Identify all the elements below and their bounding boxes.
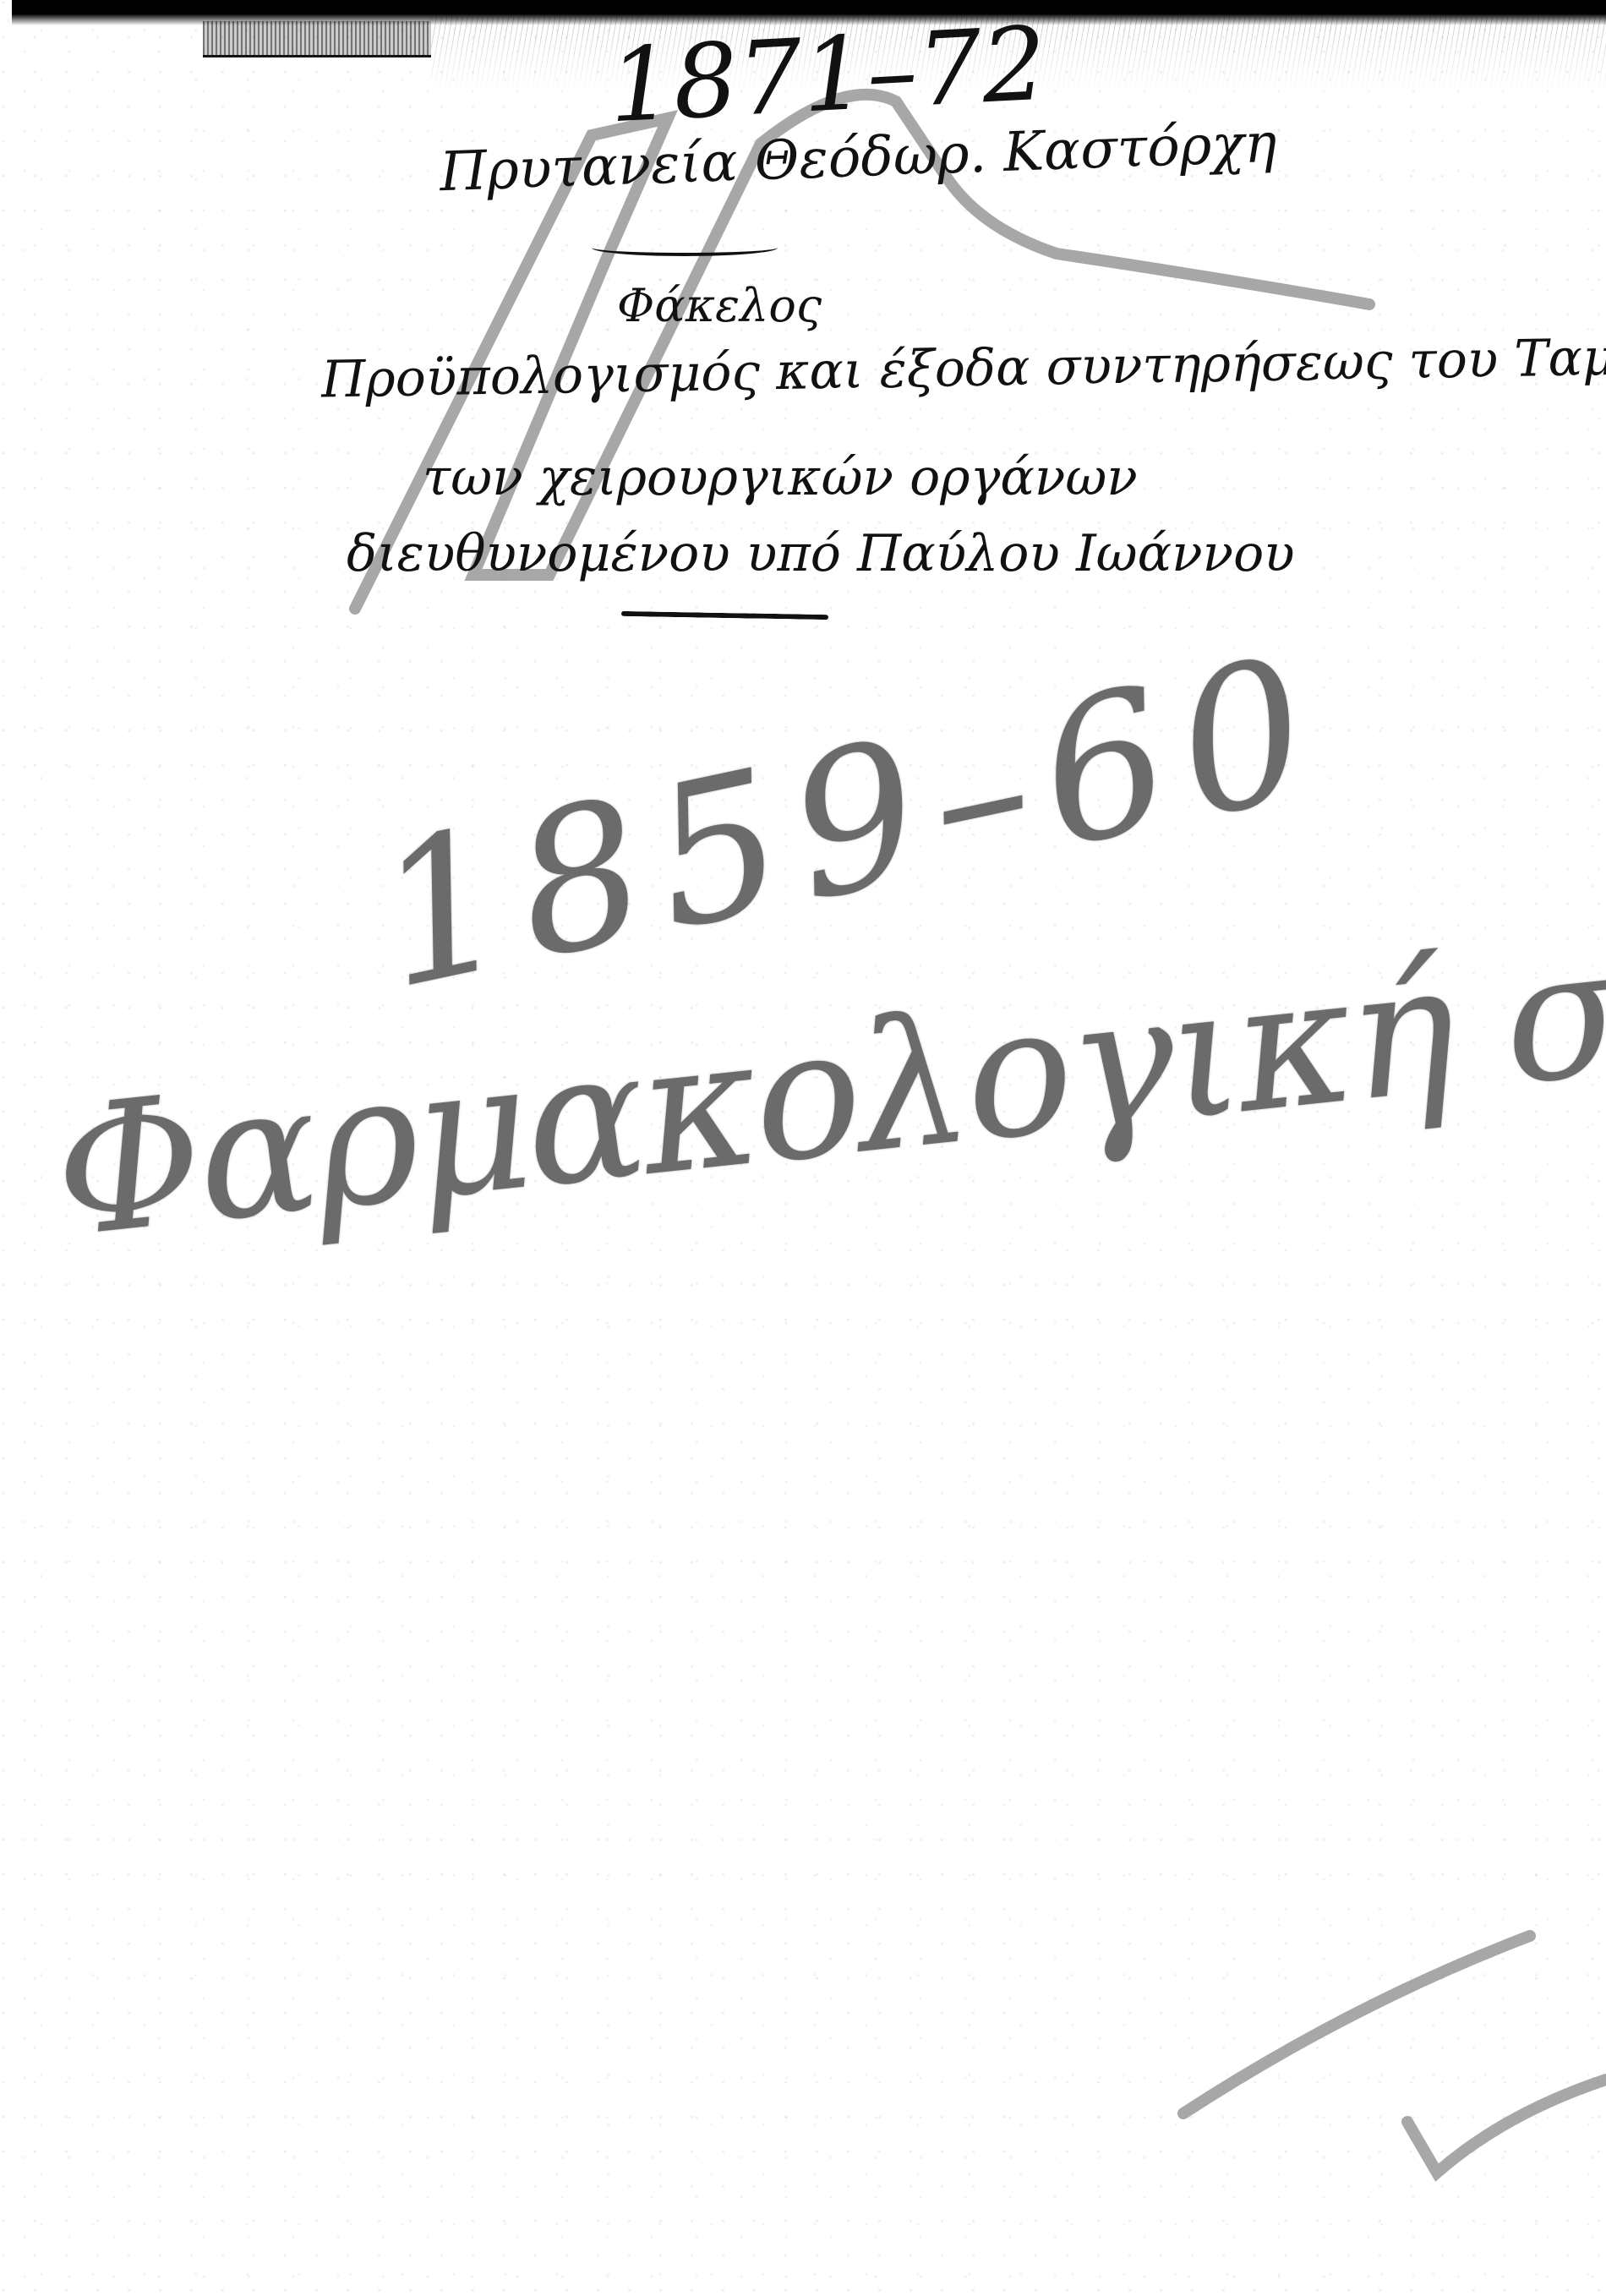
pencil-underline-stroke <box>1183 1936 1530 2113</box>
director-line: διευθυνομένου υπό Παύλου Ιωάννου <box>347 524 1295 583</box>
flourish-divider <box>592 239 778 256</box>
folder-label: Φάκελος <box>617 279 822 332</box>
checkmark-icon <box>1407 2080 1606 2173</box>
instruments-line: των χειρουργικών οργάνων <box>423 448 1138 507</box>
